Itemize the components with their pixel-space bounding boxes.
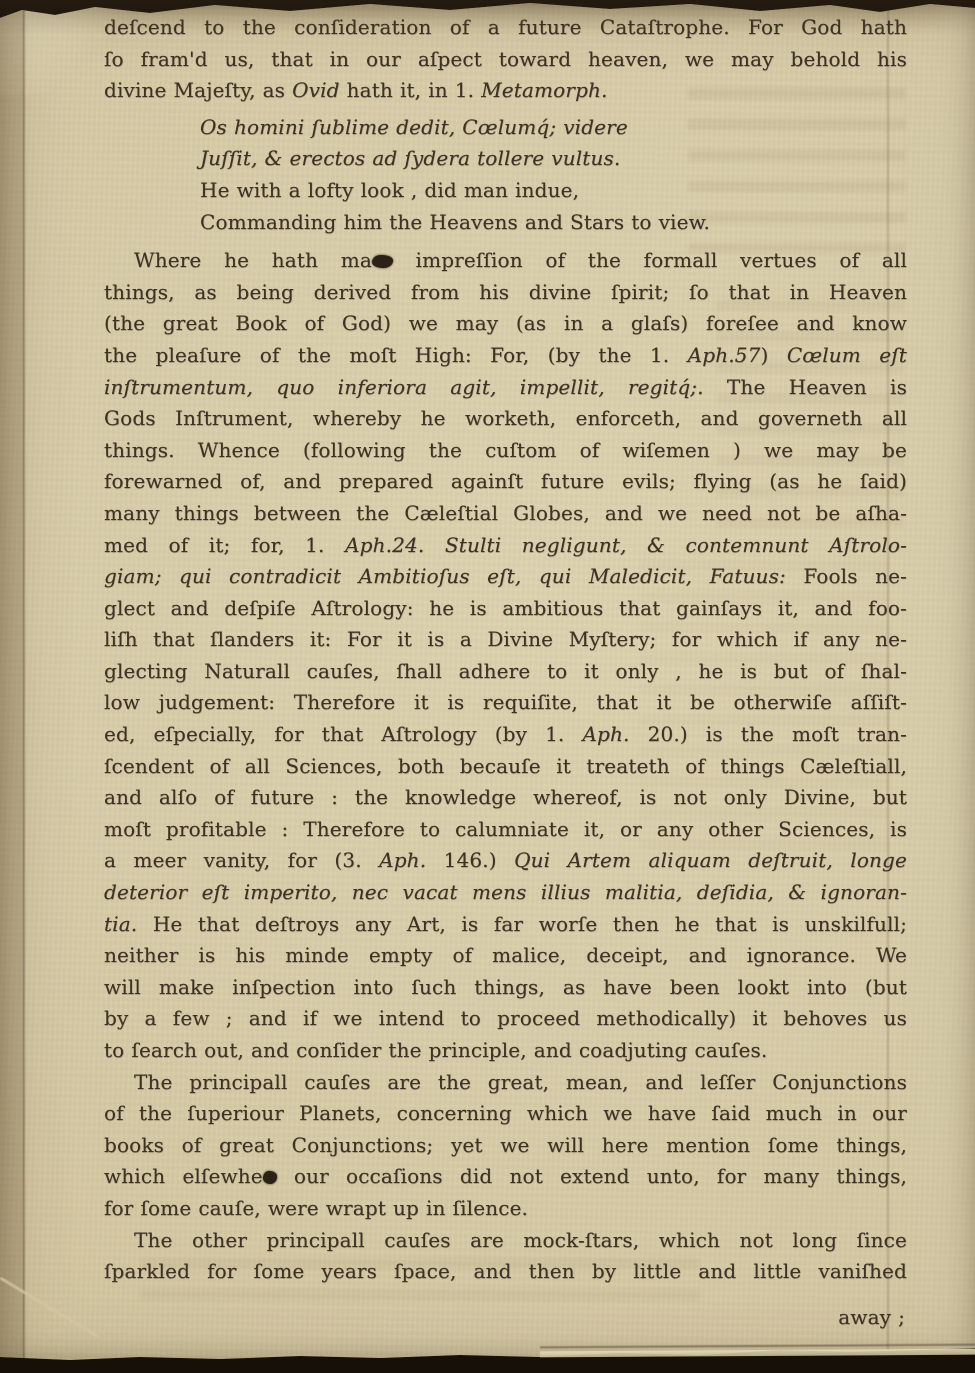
text-line: med of it; for, 1. Aph.24. Stulti neglig… [104, 530, 907, 562]
latin-italic-text: Qui Artem aliquam deſtruit, longe [514, 848, 907, 872]
roman-text: for ſome cauſe, were wrapt up in ſilence… [104, 1196, 528, 1220]
latin-italic-text: inſtrumentum, quo inferiora agit, impell… [104, 375, 704, 399]
roman-text: 20.) is the moſt tran- [630, 722, 907, 746]
left-edge-crease [23, 0, 25, 1373]
roman-text: glecting Naturall cauſes, ſhall adhere t… [104, 659, 907, 683]
latin-italic-text: Aph. [582, 722, 629, 746]
text-line: of the ſuperiour Planets, concerning whi… [104, 1098, 907, 1130]
roman-text: Gods Inſtrument, whereby he worketh, enf… [104, 406, 907, 430]
roman-text: things. Whence (following the cuſtom of … [104, 438, 907, 462]
latin-italic-text: Aph.57 [688, 343, 761, 367]
text-line: things, as being derived from his divine… [104, 277, 907, 309]
text-line: by a few ; and if we intend to proceed m… [104, 1003, 907, 1035]
text-line: ſo fram'd us, that in our aſpect toward … [104, 44, 907, 76]
latin-italic-text: giam; qui contradicit Ambitioſus eſt, qu… [104, 564, 786, 588]
roman-text: which elſewhe [104, 1164, 263, 1188]
roman-text: of the ſuperiour Planets, concerning whi… [104, 1101, 907, 1125]
latin-italic-text: Aph. [379, 848, 426, 872]
ovid-verse: Os homini ſublime dedit, Cœlumq́; videre… [104, 112, 907, 238]
text-line: things. Whence (following the cuſtom of … [104, 435, 907, 467]
roman-text: the pleaſure of the moſt High: For, (by … [104, 343, 688, 367]
roman-text: The other principall cauſes are mock-ſta… [134, 1228, 907, 1252]
roman-text: ) [761, 343, 787, 367]
roman-text: He that deſtroys any Art, is far worſe t… [137, 912, 907, 936]
latin-italic-text: Metamorph. [481, 78, 607, 102]
roman-text: med of it; for, 1. [104, 533, 345, 557]
roman-text: hath it, in 1. [340, 78, 482, 102]
ink-blot [263, 1171, 277, 1184]
roman-text: ed, eſpecially, for that Aſtrology (by 1… [104, 722, 582, 746]
text-line: divine Majeſty, as Ovid hath it, in 1. M… [104, 75, 907, 107]
roman-text: Commanding him the Heavens and Stars to … [200, 210, 710, 234]
text-line: books of great Conjunctions; yet we will… [104, 1130, 907, 1162]
latin-italic-text: Cœlum eſt [787, 343, 907, 367]
latin-italic-text: deterior eſt imperito, nec vacat mens il… [104, 880, 907, 904]
text-line: Where he hath ma impreſſion of the forma… [104, 245, 907, 277]
left-margin-shading [0, 0, 24, 1373]
text-line: He with a lofty look , did man indue, [200, 175, 907, 207]
roman-text: books of great Conjunctions; yet we will… [104, 1133, 907, 1157]
roman-text: liſh that ſlanders it: For it is a Divin… [104, 627, 907, 651]
text-line: ed, eſpecially, for that Aſtrology (by 1… [104, 719, 907, 751]
astrology-paragraph: Where he hath ma impreſſion of the forma… [104, 245, 907, 1066]
latin-italic-text: Aph.24. Stulti negligunt, & contemnunt A… [345, 533, 907, 557]
text-line: neither is his minde empty of malice, de… [104, 940, 907, 972]
principall-causes-paragraph: The principall cauſes are the great, mea… [104, 1067, 907, 1225]
text-line: deterior eſt imperito, nec vacat mens il… [104, 877, 907, 909]
text-line: tia. He that deſtroys any Art, is far wo… [104, 909, 907, 941]
roman-text: by a few ; and if we intend to proceed m… [104, 1006, 907, 1030]
ink-blot [372, 255, 393, 268]
roman-text: our occaſions did not extend unto, for m… [277, 1164, 907, 1188]
text-line: Os homini ſublime dedit, Cœlumq́; videre [200, 112, 907, 144]
roman-text: ſcendent of all Sciences, both becauſe i… [104, 754, 907, 778]
roman-text: Fools ne- [786, 564, 907, 588]
roman-text: deſcend to the conſideration of a future… [104, 15, 907, 39]
text-line: The other principall cauſes are mock-ſta… [104, 1225, 907, 1257]
roman-text: neither is his minde empty of malice, de… [104, 943, 907, 967]
text-line: to ſearch out, and conſider the principl… [104, 1035, 907, 1067]
roman-text: divine Majeſty, as [104, 78, 292, 102]
text-line: forewarned of, and prepared againſt futu… [104, 466, 907, 498]
text-line: low judgement: Therefore it is requiſite… [104, 687, 907, 719]
roman-text: The Heaven is [704, 375, 907, 399]
mock-stars-paragraph: The other principall cauſes are mock-ſta… [104, 1225, 907, 1288]
text-line: ſcendent of all Sciences, both becauſe i… [104, 751, 907, 783]
continuation-paragraph: deſcend to the conſideration of a future… [104, 12, 907, 107]
text-line: giam; qui contradicit Ambitioſus eſt, qu… [104, 561, 907, 593]
text-line: for ſome cauſe, were wrapt up in ſilence… [104, 1193, 907, 1225]
roman-text: forewarned of, and prepared againſt futu… [104, 469, 907, 493]
latin-italic-text: Ovid [292, 78, 340, 102]
roman-text: a meer vanity, for (3. [104, 848, 379, 872]
text-line: Juſſit, & erectos ad ſydera tollere vult… [200, 143, 907, 175]
text-line: Commanding him the Heavens and Stars to … [200, 207, 907, 239]
text-block: deſcend to the conſideration of a future… [104, 12, 907, 1333]
latin-italic-text: Juſſit, & erectos ad ſydera tollere vult… [200, 146, 620, 170]
text-line: (the great Book of God) we may (as in a … [104, 308, 907, 340]
roman-text: will make inſpection into ſuch things, a… [104, 975, 907, 999]
text-line: moſt profitable : Therefore to calumniat… [104, 814, 907, 846]
next-page-edge [540, 1349, 975, 1358]
roman-text: low judgement: Therefore it is requiſite… [104, 690, 907, 714]
roman-text: moſt profitable : Therefore to calumniat… [104, 817, 907, 841]
text-line: inſtrumentum, quo inferiora agit, impell… [104, 372, 907, 404]
roman-text: impreſſion of the formall vertues of all [393, 248, 907, 272]
text-line: a meer vanity, for (3. Aph. 146.) Qui Ar… [104, 845, 907, 877]
text-line: glecting Naturall cauſes, ſhall adhere t… [104, 656, 907, 688]
text-line: the pleaſure of the moſt High: For, (by … [104, 340, 907, 372]
page-scan: deſcend to the conſideration of a future… [0, 0, 975, 1373]
book-page: deſcend to the conſideration of a future… [0, 0, 975, 1373]
roman-text: many things between the Cæleſtial Globes… [104, 501, 907, 525]
text-line: deſcend to the conſideration of a future… [104, 12, 907, 44]
text-line: many things between the Cæleſtial Globes… [104, 498, 907, 530]
roman-text: glect and deſpiſe Aſtrology: he is ambit… [104, 596, 907, 620]
latin-italic-text: tia. [104, 912, 137, 936]
text-line: will make inſpection into ſuch things, a… [104, 972, 907, 1004]
text-line: ſparkled for ſome years ſpace, and then … [104, 1256, 907, 1288]
roman-text: ſo fram'd us, that in our aſpect toward … [104, 47, 907, 71]
text-line: liſh that ſlanders it: For it is a Divin… [104, 624, 907, 656]
roman-text: The principall cauſes are the great, mea… [134, 1070, 907, 1094]
roman-text: Where he hath ma [134, 248, 372, 272]
text-line: which elſewhe our occaſions did not exte… [104, 1161, 907, 1193]
text-line: glect and deſpiſe Aſtrology: he is ambit… [104, 593, 907, 625]
latin-italic-text: Os homini ſublime dedit, Cœlumq́; videre [200, 115, 628, 139]
roman-text: and alſo of future : the knowledge where… [104, 785, 907, 809]
text-line: and alſo of future : the knowledge where… [104, 782, 907, 814]
roman-text: 146.) [426, 848, 514, 872]
roman-text: ſparkled for ſome years ſpace, and then … [104, 1259, 907, 1283]
roman-text: to ſearch out, and conſider the principl… [104, 1038, 767, 1062]
catchword: away ; [104, 1302, 907, 1334]
roman-text: things, as being derived from his divine… [104, 280, 907, 304]
text-line: The principall cauſes are the great, mea… [104, 1067, 907, 1099]
right-edge-highlight [903, 0, 975, 1373]
roman-text: (the great Book of God) we may (as in a … [104, 311, 907, 335]
text-line: Gods Inſtrument, whereby he worketh, enf… [104, 403, 907, 435]
roman-text: He with a lofty look , did man indue, [200, 178, 579, 202]
